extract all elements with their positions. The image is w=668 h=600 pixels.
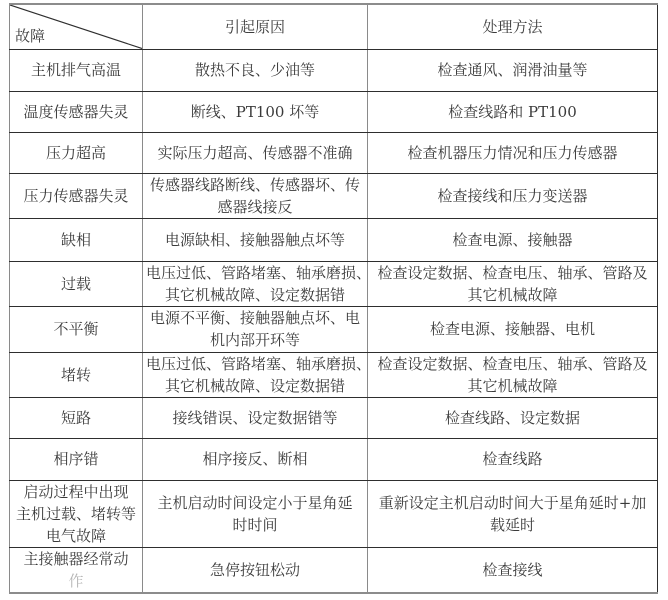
cause-text: 相序接反、断相 <box>146 448 364 470</box>
cause-text: 传感器线路断线、传感器坏、传 <box>146 174 364 196</box>
cause-cell: 主机启动时间设定小于星角延 时时间 <box>143 480 368 547</box>
fault-text: 相序错 <box>13 448 139 470</box>
table-row: 相序错 相序接反、断相 检查线路 <box>10 438 658 480</box>
cause-cell: 电源缺相、接触器触点坏等 <box>143 218 368 261</box>
solution-text: 检查电源、接触器、电机 <box>371 318 654 340</box>
cause-text: 接线错误、设定数据错等 <box>146 407 364 429</box>
solution-text: 其它机械故障 <box>371 375 654 397</box>
fault-text: 堵转 <box>13 364 139 386</box>
cause-cell: 实际压力超高、传感器不准确 <box>143 132 368 173</box>
cause-text: 实际压力超高、传感器不准确 <box>146 142 364 164</box>
cause-text: 电源不平衡、接触器触点坏、电 <box>146 307 364 329</box>
fault-text: 电气故障 <box>13 525 139 547</box>
cause-text: 电源缺相、接触器触点坏等 <box>146 229 364 251</box>
cause-cell: 散热不良、少油等 <box>143 49 368 91</box>
fault-cell: 温度传感器失灵 <box>10 91 143 132</box>
fault-text: 主机过载、堵转等 <box>13 503 139 525</box>
table-row: 压力传感器失灵 传感器线路断线、传感器坏、传 感器线接反 检查接线和压力变送器 <box>10 173 658 218</box>
solution-cell: 检查接线和压力变送器 <box>368 173 658 218</box>
table-row: 主机排气高温 散热不良、少油等 检查通风、润滑油量等 <box>10 49 658 91</box>
cause-text: 时时间 <box>146 514 364 536</box>
solution-cell: 检查电源、接触器、电机 <box>368 306 658 352</box>
solution-text: 检查机器压力情况和压力传感器 <box>371 142 654 164</box>
solution-text: 检查设定数据、检查电压、轴承、管路及 <box>371 353 654 375</box>
header-solution: 处理方法 <box>368 4 658 49</box>
solution-cell: 检查设定数据、检查电压、轴承、管路及 其它机械故障 <box>368 261 658 306</box>
table-row: 短路 接线错误、设定数据错等 检查线路、设定数据 <box>10 397 658 438</box>
cause-text: 机内部开环等 <box>146 329 364 351</box>
solution-cell: 检查线路、设定数据 <box>368 397 658 438</box>
fault-cell: 主机排气高温 <box>10 49 143 91</box>
fault-cell: 短路 <box>10 397 143 438</box>
fault-cell: 堵转 <box>10 352 143 397</box>
fault-cell: 缺相 <box>10 218 143 261</box>
cause-cell: 电源不平衡、接触器触点坏、电 机内部开环等 <box>143 306 368 352</box>
table-row: 温度传感器失灵 断线、PT100 坏等 检查线路和 PT100 <box>10 91 658 132</box>
solution-text: 检查设定数据、检查电压、轴承、管路及 <box>371 262 654 284</box>
solution-text: 检查通风、润滑油量等 <box>371 59 654 81</box>
fault-cell: 过载 <box>10 261 143 306</box>
cause-cell: 相序接反、断相 <box>143 438 368 480</box>
fault-text: 短路 <box>13 407 139 429</box>
solution-text: 检查电源、接触器 <box>371 229 654 251</box>
header-row: 故障 引起原因 处理方法 <box>10 4 658 49</box>
fault-text: 不平衡 <box>13 318 139 340</box>
fault-cell: 启动过程中出现 主机过载、堵转等 电气故障 <box>10 480 143 547</box>
solution-text: 检查接线 <box>371 559 654 581</box>
fault-cell: 相序错 <box>10 438 143 480</box>
cause-text: 感器线接反 <box>146 196 364 218</box>
fault-text: 主接触器经常动 <box>13 548 139 570</box>
cause-text: 急停按钮松动 <box>146 559 364 581</box>
solution-cell: 检查通风、润滑油量等 <box>368 49 658 91</box>
fault-text: 压力超高 <box>13 142 139 164</box>
solution-cell: 检查机器压力情况和压力传感器 <box>368 132 658 173</box>
cause-text: 电压过低、管路堵塞、轴承磨损、 <box>146 353 364 375</box>
cause-text: 散热不良、少油等 <box>146 59 364 81</box>
solution-cell: 检查线路 <box>368 438 658 480</box>
fault-text: 作 <box>13 570 139 592</box>
table-row: 堵转 电压过低、管路堵塞、轴承磨损、 其它机械故障、设定数据错 检查设定数据、检… <box>10 352 658 397</box>
fault-cell: 压力传感器失灵 <box>10 173 143 218</box>
solution-cell: 重新设定主机启动时间大于星角延时+加 载延时 <box>368 480 658 547</box>
cause-cell: 电压过低、管路堵塞、轴承磨损、 其它机械故障、设定数据错 <box>143 352 368 397</box>
cause-text: 其它机械故障、设定数据错 <box>146 375 364 397</box>
table-row: 缺相 电源缺相、接触器触点坏等 检查电源、接触器 <box>10 218 658 261</box>
table-row: 主接触器经常动 作 急停按钮松动 检查接线 <box>10 547 658 593</box>
cause-cell: 传感器线路断线、传感器坏、传 感器线接反 <box>143 173 368 218</box>
cause-cell: 电压过低、管路堵塞、轴承磨损、 其它机械故障、设定数据错 <box>143 261 368 306</box>
table-row: 启动过程中出现 主机过载、堵转等 电气故障 主机启动时间设定小于星角延 时时间 … <box>10 480 658 547</box>
cause-text: 其它机械故障、设定数据错 <box>146 284 364 306</box>
solution-text: 载延时 <box>371 514 654 536</box>
solution-cell: 检查设定数据、检查电压、轴承、管路及 其它机械故障 <box>368 352 658 397</box>
fault-cell: 不平衡 <box>10 306 143 352</box>
solution-cell: 检查线路和 PT100 <box>368 91 658 132</box>
fault-text: 启动过程中出现 <box>13 481 139 503</box>
fault-text: 缺相 <box>13 229 139 251</box>
table-body: 主机排气高温 散热不良、少油等 检查通风、润滑油量等 温度传感器失灵 断线、PT… <box>10 49 658 593</box>
table-header: 故障 引起原因 处理方法 <box>10 4 658 49</box>
fault-text: 主机排气高温 <box>13 59 139 81</box>
table-row: 不平衡 电源不平衡、接触器触点坏、电 机内部开环等 检查电源、接触器、电机 <box>10 306 658 352</box>
cause-text: 断线、PT100 坏等 <box>146 101 364 123</box>
fault-text: 压力传感器失灵 <box>13 185 139 207</box>
solution-text: 检查线路和 PT100 <box>371 101 654 123</box>
table-row: 过载 电压过低、管路堵塞、轴承磨损、 其它机械故障、设定数据错 检查设定数据、检… <box>10 261 658 306</box>
solution-text: 检查接线和压力变送器 <box>371 185 654 207</box>
fault-cell: 压力超高 <box>10 132 143 173</box>
solution-text: 其它机械故障 <box>371 284 654 306</box>
fault-diagnosis-table: 故障 引起原因 处理方法 主机排气高温 散热不良、少油等 检查通风、润滑油量等 … <box>9 3 658 594</box>
fault-text: 过载 <box>13 273 139 295</box>
cause-text: 电压过低、管路堵塞、轴承磨损、 <box>146 262 364 284</box>
cause-cell: 断线、PT100 坏等 <box>143 91 368 132</box>
header-fault-label: 故障 <box>15 27 45 45</box>
solution-cell: 检查接线 <box>368 547 658 593</box>
header-cause: 引起原因 <box>143 4 368 49</box>
solution-text: 重新设定主机启动时间大于星角延时+加 <box>371 492 654 514</box>
fault-cell: 主接触器经常动 作 <box>10 547 143 593</box>
fault-text: 温度传感器失灵 <box>13 101 139 123</box>
table-row: 压力超高 实际压力超高、传感器不准确 检查机器压力情况和压力传感器 <box>10 132 658 173</box>
cause-cell: 急停按钮松动 <box>143 547 368 593</box>
solution-cell: 检查电源、接触器 <box>368 218 658 261</box>
cause-text: 主机启动时间设定小于星角延 <box>146 492 364 514</box>
cause-cell: 接线错误、设定数据错等 <box>143 397 368 438</box>
solution-text: 检查线路 <box>371 448 654 470</box>
header-corner-cell: 故障 <box>10 4 143 49</box>
solution-text: 检查线路、设定数据 <box>371 407 654 429</box>
